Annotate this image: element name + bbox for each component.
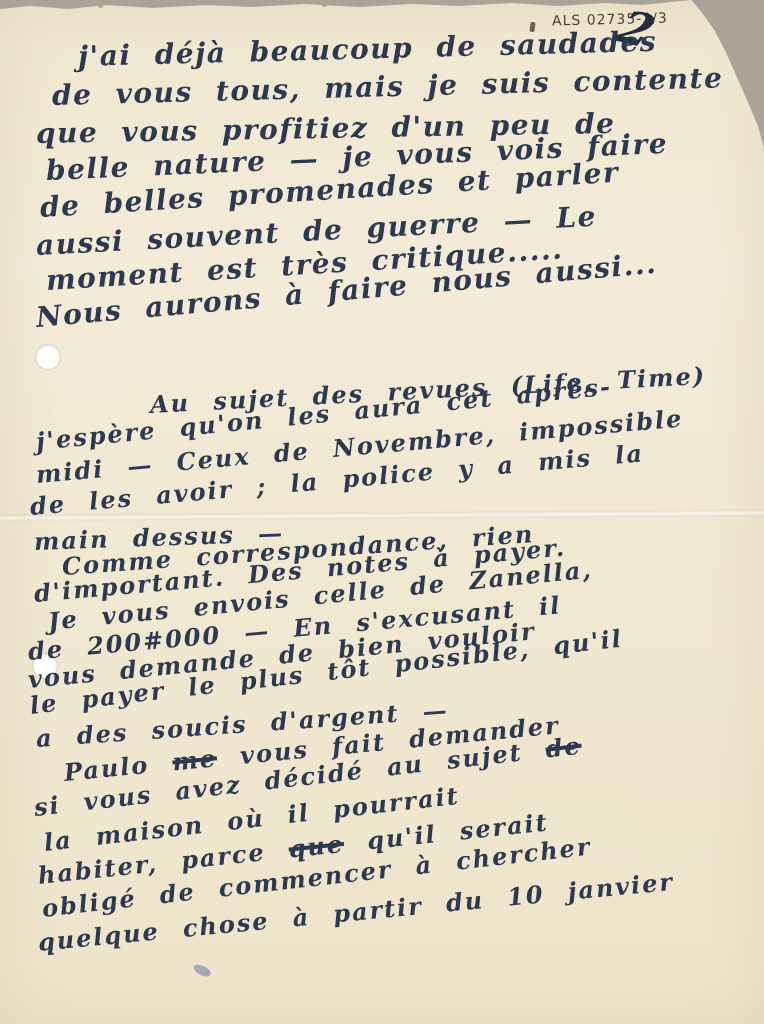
foxing-spot bbox=[98, 4, 103, 8]
struck-word: de bbox=[544, 731, 583, 764]
letter-page: ALS 02735-2/3 2 j'ai déjà beaucoup de sa… bbox=[0, 0, 764, 1024]
scanned-letter-background: ALS 02735-2/3 2 j'ai déjà beaucoup de sa… bbox=[0, 0, 764, 1024]
foxing-spot bbox=[32, 1, 41, 6]
foxing-spot bbox=[182, 2, 192, 6]
hole-punch-top bbox=[36, 345, 60, 369]
foxing-spot bbox=[322, 4, 327, 7]
struck-word: que bbox=[287, 829, 345, 864]
ink-smudge bbox=[192, 962, 212, 978]
foxing-spot bbox=[12, 2, 19, 7]
struck-word: me bbox=[171, 743, 218, 776]
